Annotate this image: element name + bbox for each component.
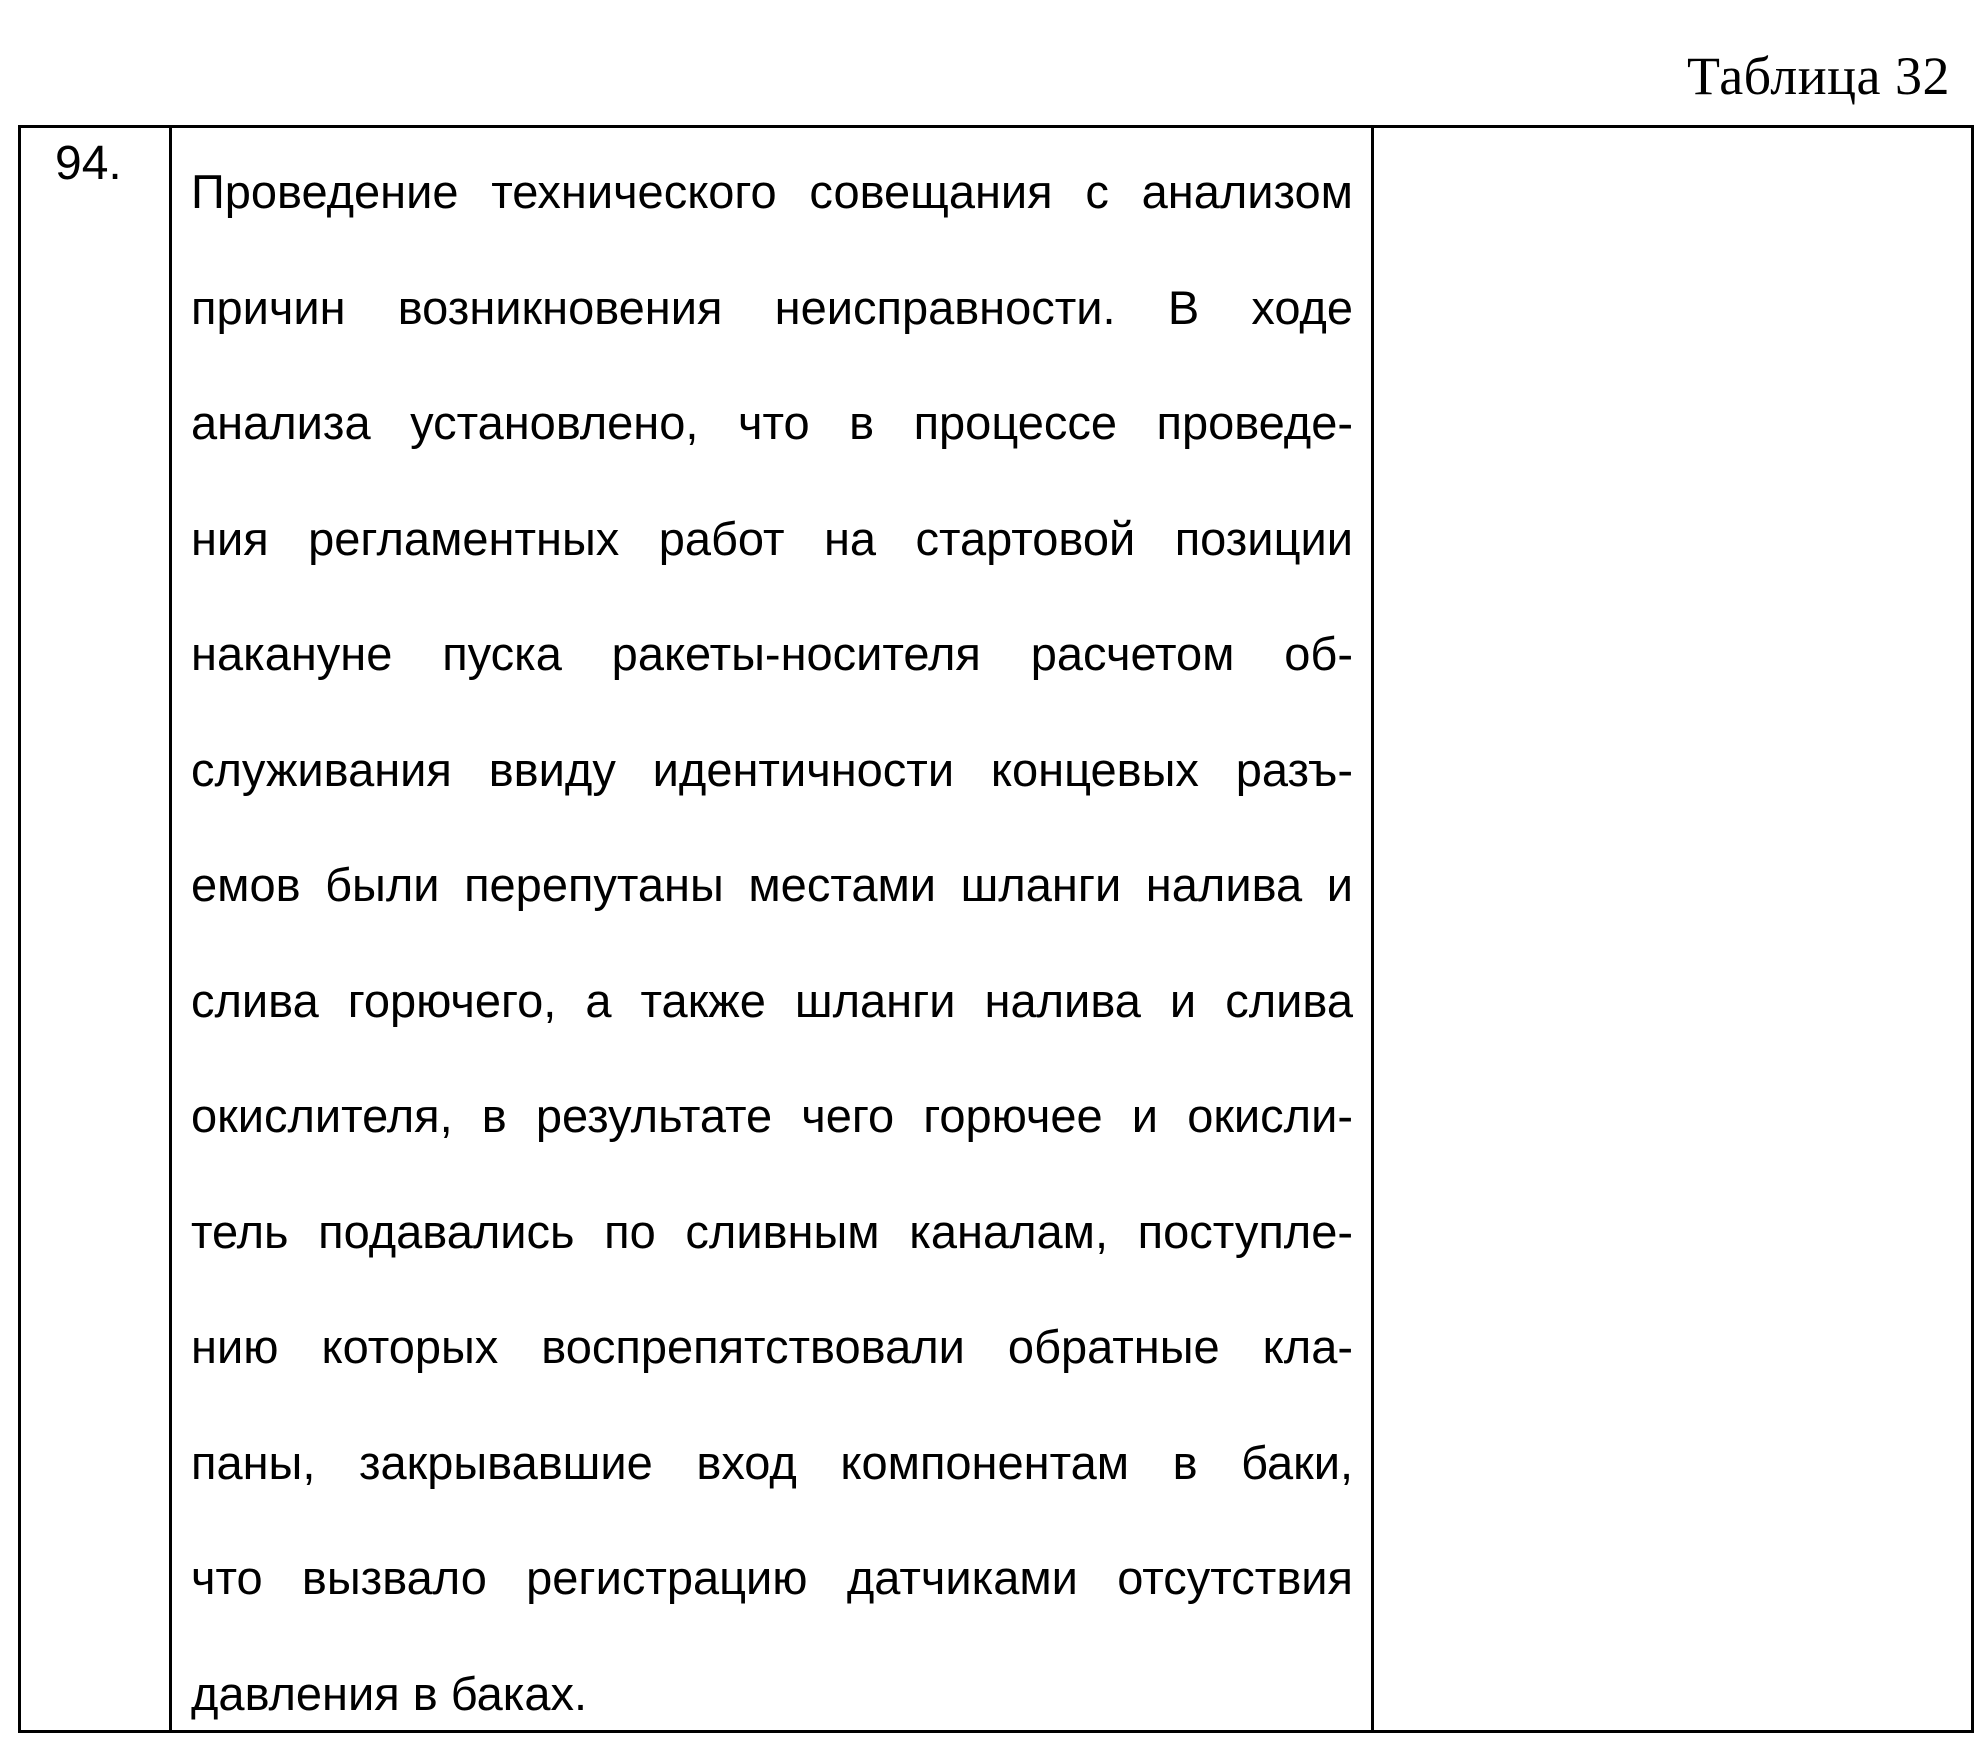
table: 94. Проведение технического совещания с … bbox=[18, 125, 1974, 1733]
row-number: 94. bbox=[55, 134, 122, 194]
empty-cell bbox=[1374, 128, 1971, 1730]
row-number-cell: 94. bbox=[21, 128, 169, 1730]
description-cell: Проведение технического совещания с анал… bbox=[191, 134, 1353, 1751]
description-line: Проведение технического совещания с анал… bbox=[191, 106, 1353, 250]
column-divider bbox=[169, 128, 172, 1730]
table-caption: Таблица 32 bbox=[1687, 44, 1950, 108]
